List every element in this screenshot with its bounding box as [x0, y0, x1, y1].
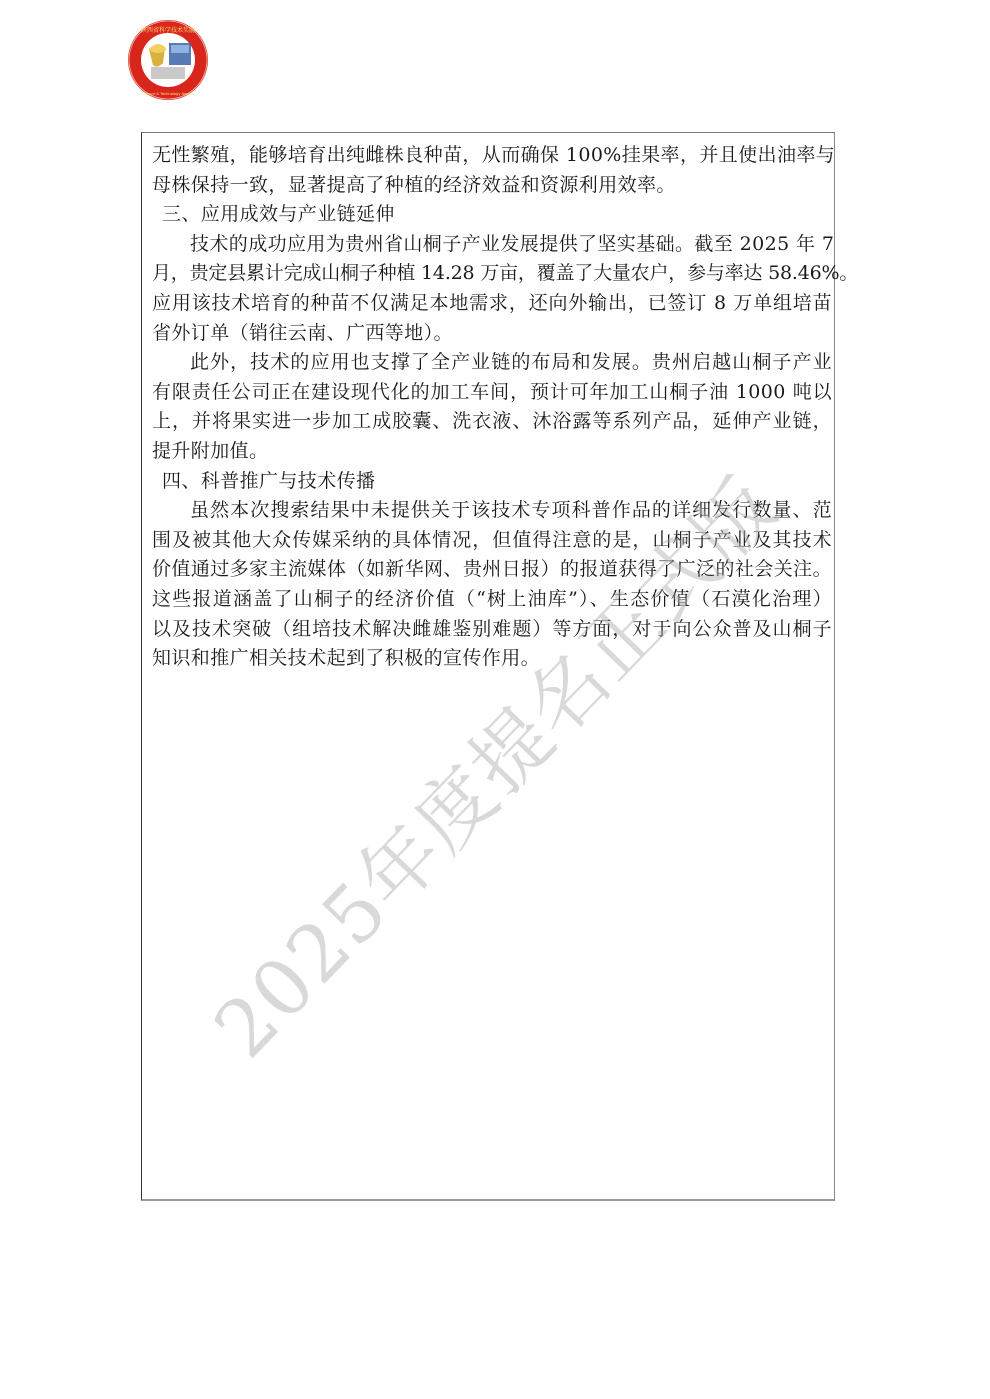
paragraph-line: 知识和推广相关技术起到了积极的宣传作用。: [152, 644, 832, 674]
paragraph-line: 省外订单（销往云南、广西等地）。: [152, 319, 832, 349]
paragraph-line: 有限责任公司正在建设现代化的加工车间，预计可年加工山桐子油 1000 吨以: [152, 378, 832, 408]
paragraph-line: 价值通过多家主流媒体（如新华网、贵州日报）的报道获得了广泛的社会关注。: [152, 555, 832, 585]
paragraph-line: 虽然本次搜索结果中未提供关于该技术专项科普作品的详细发行数量、范: [152, 496, 832, 526]
paragraph-line: 应用该技术培育的种苗不仅满足本地需求，还向外输出，已签订 8 万单组培苗: [152, 289, 832, 319]
section-heading-4: 四、科普推广与技术传播: [152, 467, 832, 497]
paragraph-line: 提升附加值。: [152, 437, 832, 467]
paragraph-line: 这些报道涵盖了山桐子的经济价值（“树上油库”）、生态价值（石漠化治理）: [152, 585, 832, 615]
paragraph-line: 以及技术突破（组培技术解决雌雄鉴别难题）等方面，对于向公众普及山桐子: [152, 615, 832, 645]
organization-seal-logo: 陕西省科学技术奖励 Science & Technology Awards: [127, 19, 209, 101]
paragraph-line: 母株保持一致，显著提高了种植的经济效益和资源利用效率。: [152, 171, 832, 201]
paragraph-line: 围及被其他大众传媒采纳的具体情况，但值得注意的是，山桐子产业及其技术: [152, 526, 832, 556]
section-heading-3: 三、应用成效与产业链延伸: [152, 200, 832, 230]
paragraph-line: 无性繁殖，能够培育出纯雌株良种苗，从而确保 100%挂果率，并且使出油率与: [152, 141, 832, 171]
paragraph-line: 月，贵定县累计完成山桐子种植 14.28 万亩，覆盖了大量农户，参与率达 58.…: [152, 259, 832, 289]
document-body: 无性繁殖，能够培育出纯雌株良种苗，从而确保 100%挂果率，并且使出油率与 母株…: [152, 141, 832, 674]
paragraph-line: 此外，技术的应用也支撑了全产业链的布局和发展。贵州启越山桐子产业: [152, 348, 832, 378]
svg-text:Science & Technology Awards: Science & Technology Awards: [141, 92, 194, 96]
svg-text:陕西省科学技术奖励: 陕西省科学技术奖励: [141, 26, 195, 34]
organization-seal-icon: 陕西省科学技术奖励 Science & Technology Awards: [127, 19, 209, 101]
paragraph-line: 上，并将果实进一步加工成胶囊、洗衣液、沐浴露等系列产品，延伸产业链，: [152, 407, 832, 437]
paragraph-line: 技术的成功应用为贵州省山桐子产业发展提供了坚实基础。截至 2025 年 7: [152, 230, 832, 260]
